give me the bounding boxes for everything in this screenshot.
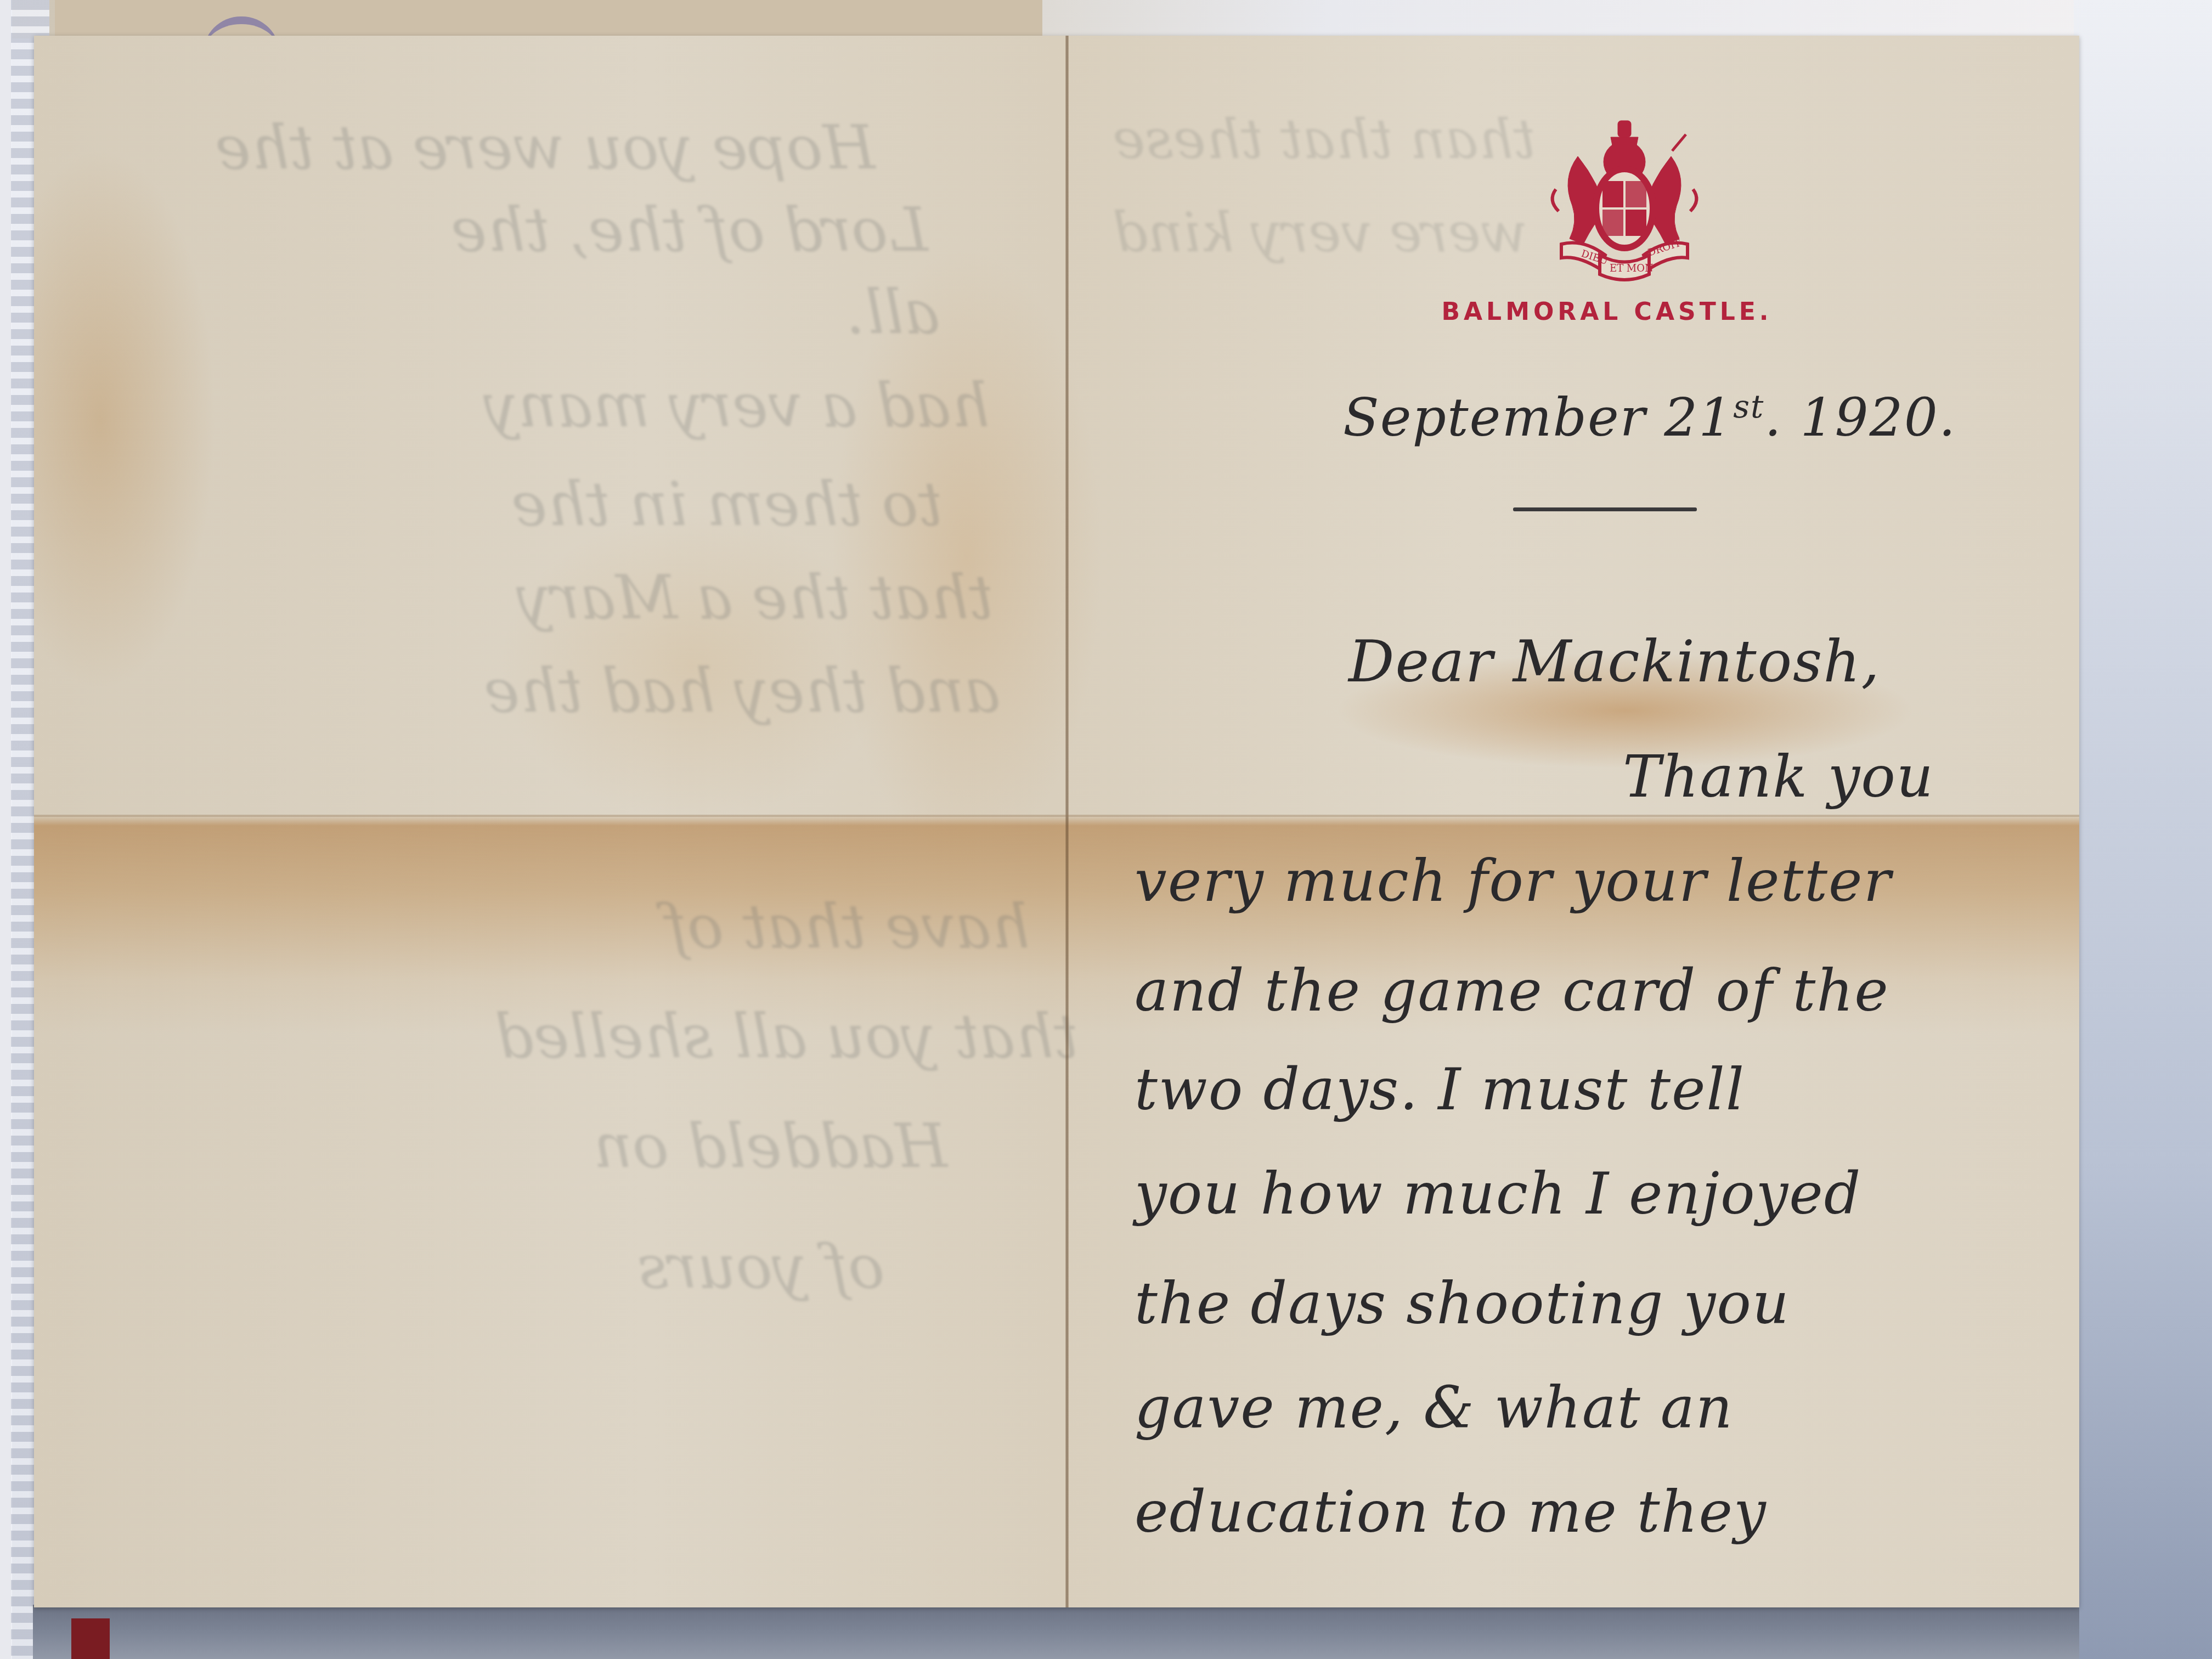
- binder-edge: [0, 0, 12, 1659]
- body-line: gave me, & what an: [1135, 1374, 1734, 1441]
- salutation: Dear Mackintosh,: [1348, 628, 1881, 695]
- bleed-through-line: to them in the: [511, 469, 943, 539]
- red-tab: [71, 1618, 110, 1659]
- bleed-through-line: Hope you were at the: [215, 112, 876, 183]
- bleed-through-line: that you all shelled: [495, 1001, 1078, 1071]
- royal-coat-of-arms-icon: DIEU DROIT ET MON: [1545, 118, 1704, 283]
- bleed-through-line: of yours: [637, 1232, 884, 1302]
- body-line: you how much I enjoyed: [1135, 1160, 1861, 1227]
- date-year: . 1920.: [1764, 387, 1956, 448]
- body-line: very much for your letter: [1135, 848, 1892, 915]
- bleed-through-line: had a very many: [484, 370, 990, 441]
- bleed-through-line: have that of: [665, 891, 1030, 962]
- body-line: the days shooting you: [1135, 1270, 1790, 1337]
- svg-text:ET MON: ET MON: [1610, 263, 1654, 274]
- date-underline-rule: [1513, 507, 1697, 511]
- right-page: than that these were very kind: [1069, 36, 2079, 1607]
- letter-sheet: Hope you were at the Lord of the, the al…: [34, 36, 2079, 1607]
- body-line: Thank you: [1623, 743, 1934, 810]
- plastic-sleeve-right: [2074, 0, 2212, 1659]
- body-line: two days. I must tell: [1135, 1056, 1745, 1123]
- bleed-through-line: than that these: [1113, 107, 1536, 171]
- bleed-through-line: and they had the: [484, 656, 1000, 726]
- left-page: Hope you were at the Lord of the, the al…: [34, 36, 1065, 1607]
- bleed-through-line: all.: [846, 277, 940, 347]
- envelope-behind-letter: [55, 0, 1042, 41]
- bleed-through-line: were very kind: [1113, 200, 1527, 264]
- date-ordinal: st: [1733, 388, 1764, 425]
- sleeve-bottom-shadow: [33, 1605, 2079, 1659]
- date-day: September 21: [1343, 387, 1733, 448]
- bleed-through-line: Lord of the, the: [451, 195, 928, 265]
- bleed-through-line: that the a Mary: [517, 562, 993, 633]
- letter-date: September 21st. 1920.: [1343, 387, 1956, 448]
- letterhead-title: BALMORAL CASTLE.: [1069, 298, 2079, 326]
- body-line: and the game card of the: [1135, 957, 1889, 1024]
- body-line: education to me they: [1135, 1479, 1767, 1545]
- bleed-through-line: Haddeld on: [594, 1111, 947, 1181]
